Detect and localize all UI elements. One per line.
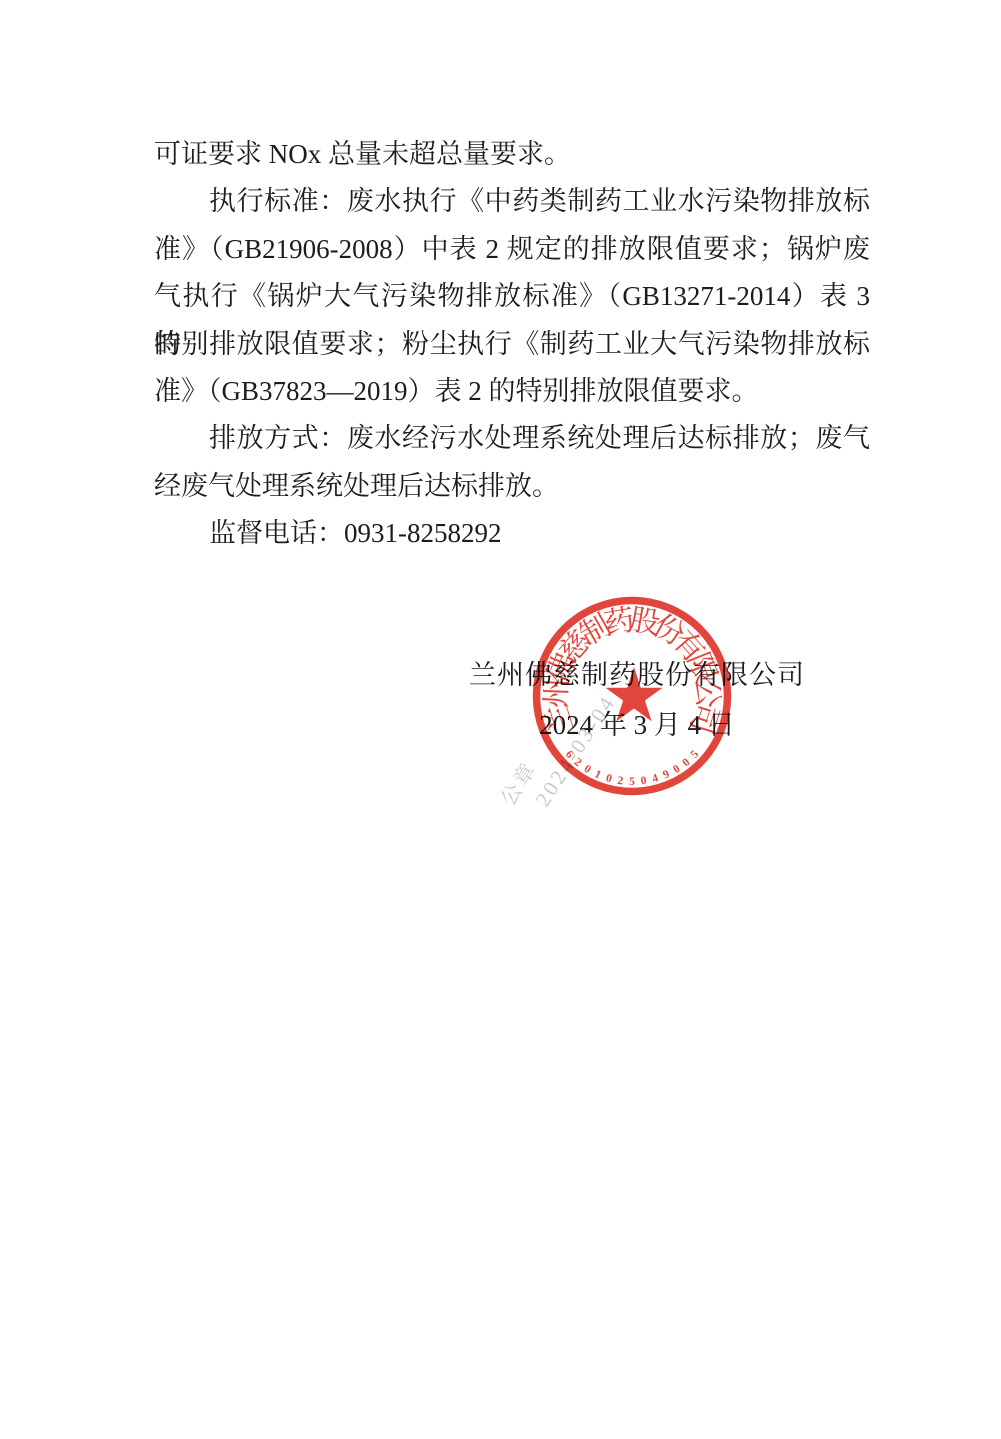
text-line: 可证要求 NOx 总量未超总量要求。 xyxy=(154,131,870,178)
svg-text:2: 2 xyxy=(617,775,625,788)
text-line: 气执行《锅炉大气污染物排放标准》（GB13271-2014）表 3 的 xyxy=(154,273,870,320)
text-line: 准》（GB37823—2019）表 2 的特别排放限值要求。 xyxy=(154,368,870,415)
company-seal-stamp: 兰州佛慈制药股份有限公司 6201025049005 xyxy=(521,585,743,807)
seal-star-icon xyxy=(605,667,662,721)
svg-text:4: 4 xyxy=(651,772,660,785)
text-line: 经废气处理系统处理后达标排放。 xyxy=(154,463,870,510)
document-page: 可证要求 NOx 总量未超总量要求。执行标准：废水执行《中药类制药工业水污染物排… xyxy=(0,0,1001,1439)
svg-text:0: 0 xyxy=(640,775,648,788)
text-line: 特别排放限值要求；粉尘执行《制药工业大气污染物排放标 xyxy=(154,321,870,368)
text-line: 排放方式：废水经污水处理系统处理后达标排放；废气 xyxy=(154,415,870,462)
text-line: 执行标准：废水执行《中药类制药工业水污染物排放标 xyxy=(154,178,870,225)
text-line: 准》（GB21906-2008）中表 2 规定的排放限值要求；锅炉废 xyxy=(154,226,870,273)
body-lines: 可证要求 NOx 总量未超总量要求。执行标准：废水执行《中药类制药工业水污染物排… xyxy=(154,131,870,558)
svg-text:5: 5 xyxy=(629,776,635,788)
text-line: 监督电话：0931-8258292 xyxy=(154,510,870,557)
svg-text:0: 0 xyxy=(604,772,613,785)
svg-text:9: 9 xyxy=(661,768,671,781)
svg-text:1: 1 xyxy=(593,768,603,781)
